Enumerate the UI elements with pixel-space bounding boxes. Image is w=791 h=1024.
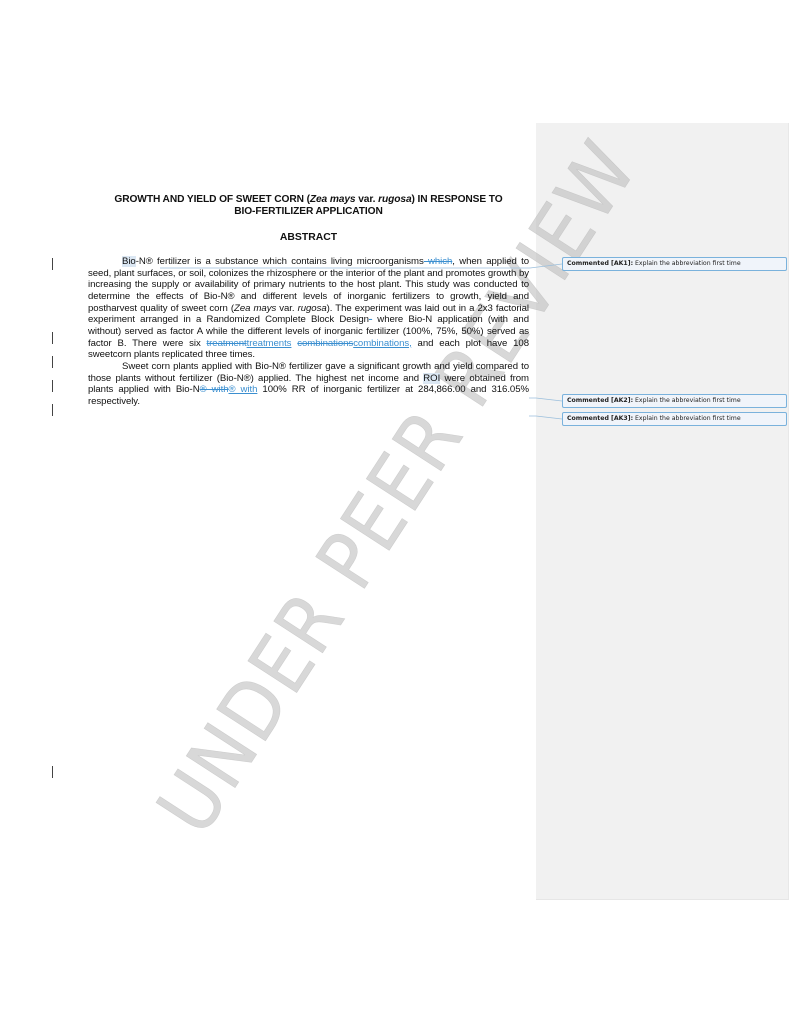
abstract-paragraph-2: Sweet corn plants applied with Bio-N® fe… <box>88 361 529 408</box>
change-bar <box>52 356 53 368</box>
variety-name: rugosa <box>298 303 327 314</box>
title-species: Zea mays <box>310 194 356 205</box>
abstract-body: Bio-N® fertilizer is a substance which c… <box>88 256 529 408</box>
comment-author: Commented [AK2]: <box>567 397 633 404</box>
change-bar <box>52 258 53 270</box>
abstract-paragraph-1: Bio-N® fertilizer is a substance which c… <box>88 256 529 361</box>
title-text: var. <box>356 194 379 205</box>
comment-author: Commented [AK3]: <box>567 415 633 422</box>
comment-anchor-ak2[interactable]: ROI <box>423 373 440 384</box>
title-text: GROWTH AND YIELD OF SWEET CORN ( <box>114 194 309 205</box>
text: var. <box>276 303 297 314</box>
comment-ak1[interactable]: Commented [AK1]: Explain the abbreviatio… <box>562 257 787 271</box>
abstract-heading: ABSTRACT <box>90 232 527 244</box>
change-bar <box>52 766 53 778</box>
text: -N® fertilizer is a substance which cont… <box>136 256 424 267</box>
comment-pane <box>536 123 789 900</box>
comment-ak2[interactable]: Commented [AK2]: Explain the abbreviatio… <box>562 394 787 408</box>
deleted-text[interactable]: combinations <box>297 338 353 349</box>
species-name: Zea mays <box>234 303 276 314</box>
watermark: UNDER PEER REVIEW <box>139 363 500 850</box>
change-bar <box>52 380 53 392</box>
title-text: ) IN RESPONSE TO <box>412 194 503 205</box>
comment-text: Explain the abbreviation first time <box>635 415 741 422</box>
deleted-text[interactable]: which <box>424 256 453 267</box>
document-title: GROWTH AND YIELD OF SWEET CORN (Zea mays… <box>90 194 527 218</box>
comment-ak3[interactable]: Commented [AK3]: Explain the abbreviatio… <box>562 412 787 426</box>
title-variety: rugosa <box>378 194 411 205</box>
change-bar <box>52 332 53 344</box>
comment-text: Explain the abbreviation first time <box>635 260 741 267</box>
inserted-text[interactable]: combinations, <box>353 338 412 349</box>
comment-author: Commented [AK1]: <box>567 260 633 267</box>
inserted-text[interactable]: ® with <box>228 384 257 395</box>
deleted-text[interactable]: ® with <box>200 384 229 395</box>
comment-text: Explain the abbreviation first time <box>635 397 741 404</box>
title-line2: BIO-FERTILIZER APPLICATION <box>234 206 383 217</box>
inserted-text[interactable]: treatments <box>247 338 292 349</box>
comment-anchor-ak1[interactable]: Bio <box>122 256 136 267</box>
change-bar <box>52 404 53 416</box>
deleted-text[interactable]: treatment <box>207 338 247 349</box>
